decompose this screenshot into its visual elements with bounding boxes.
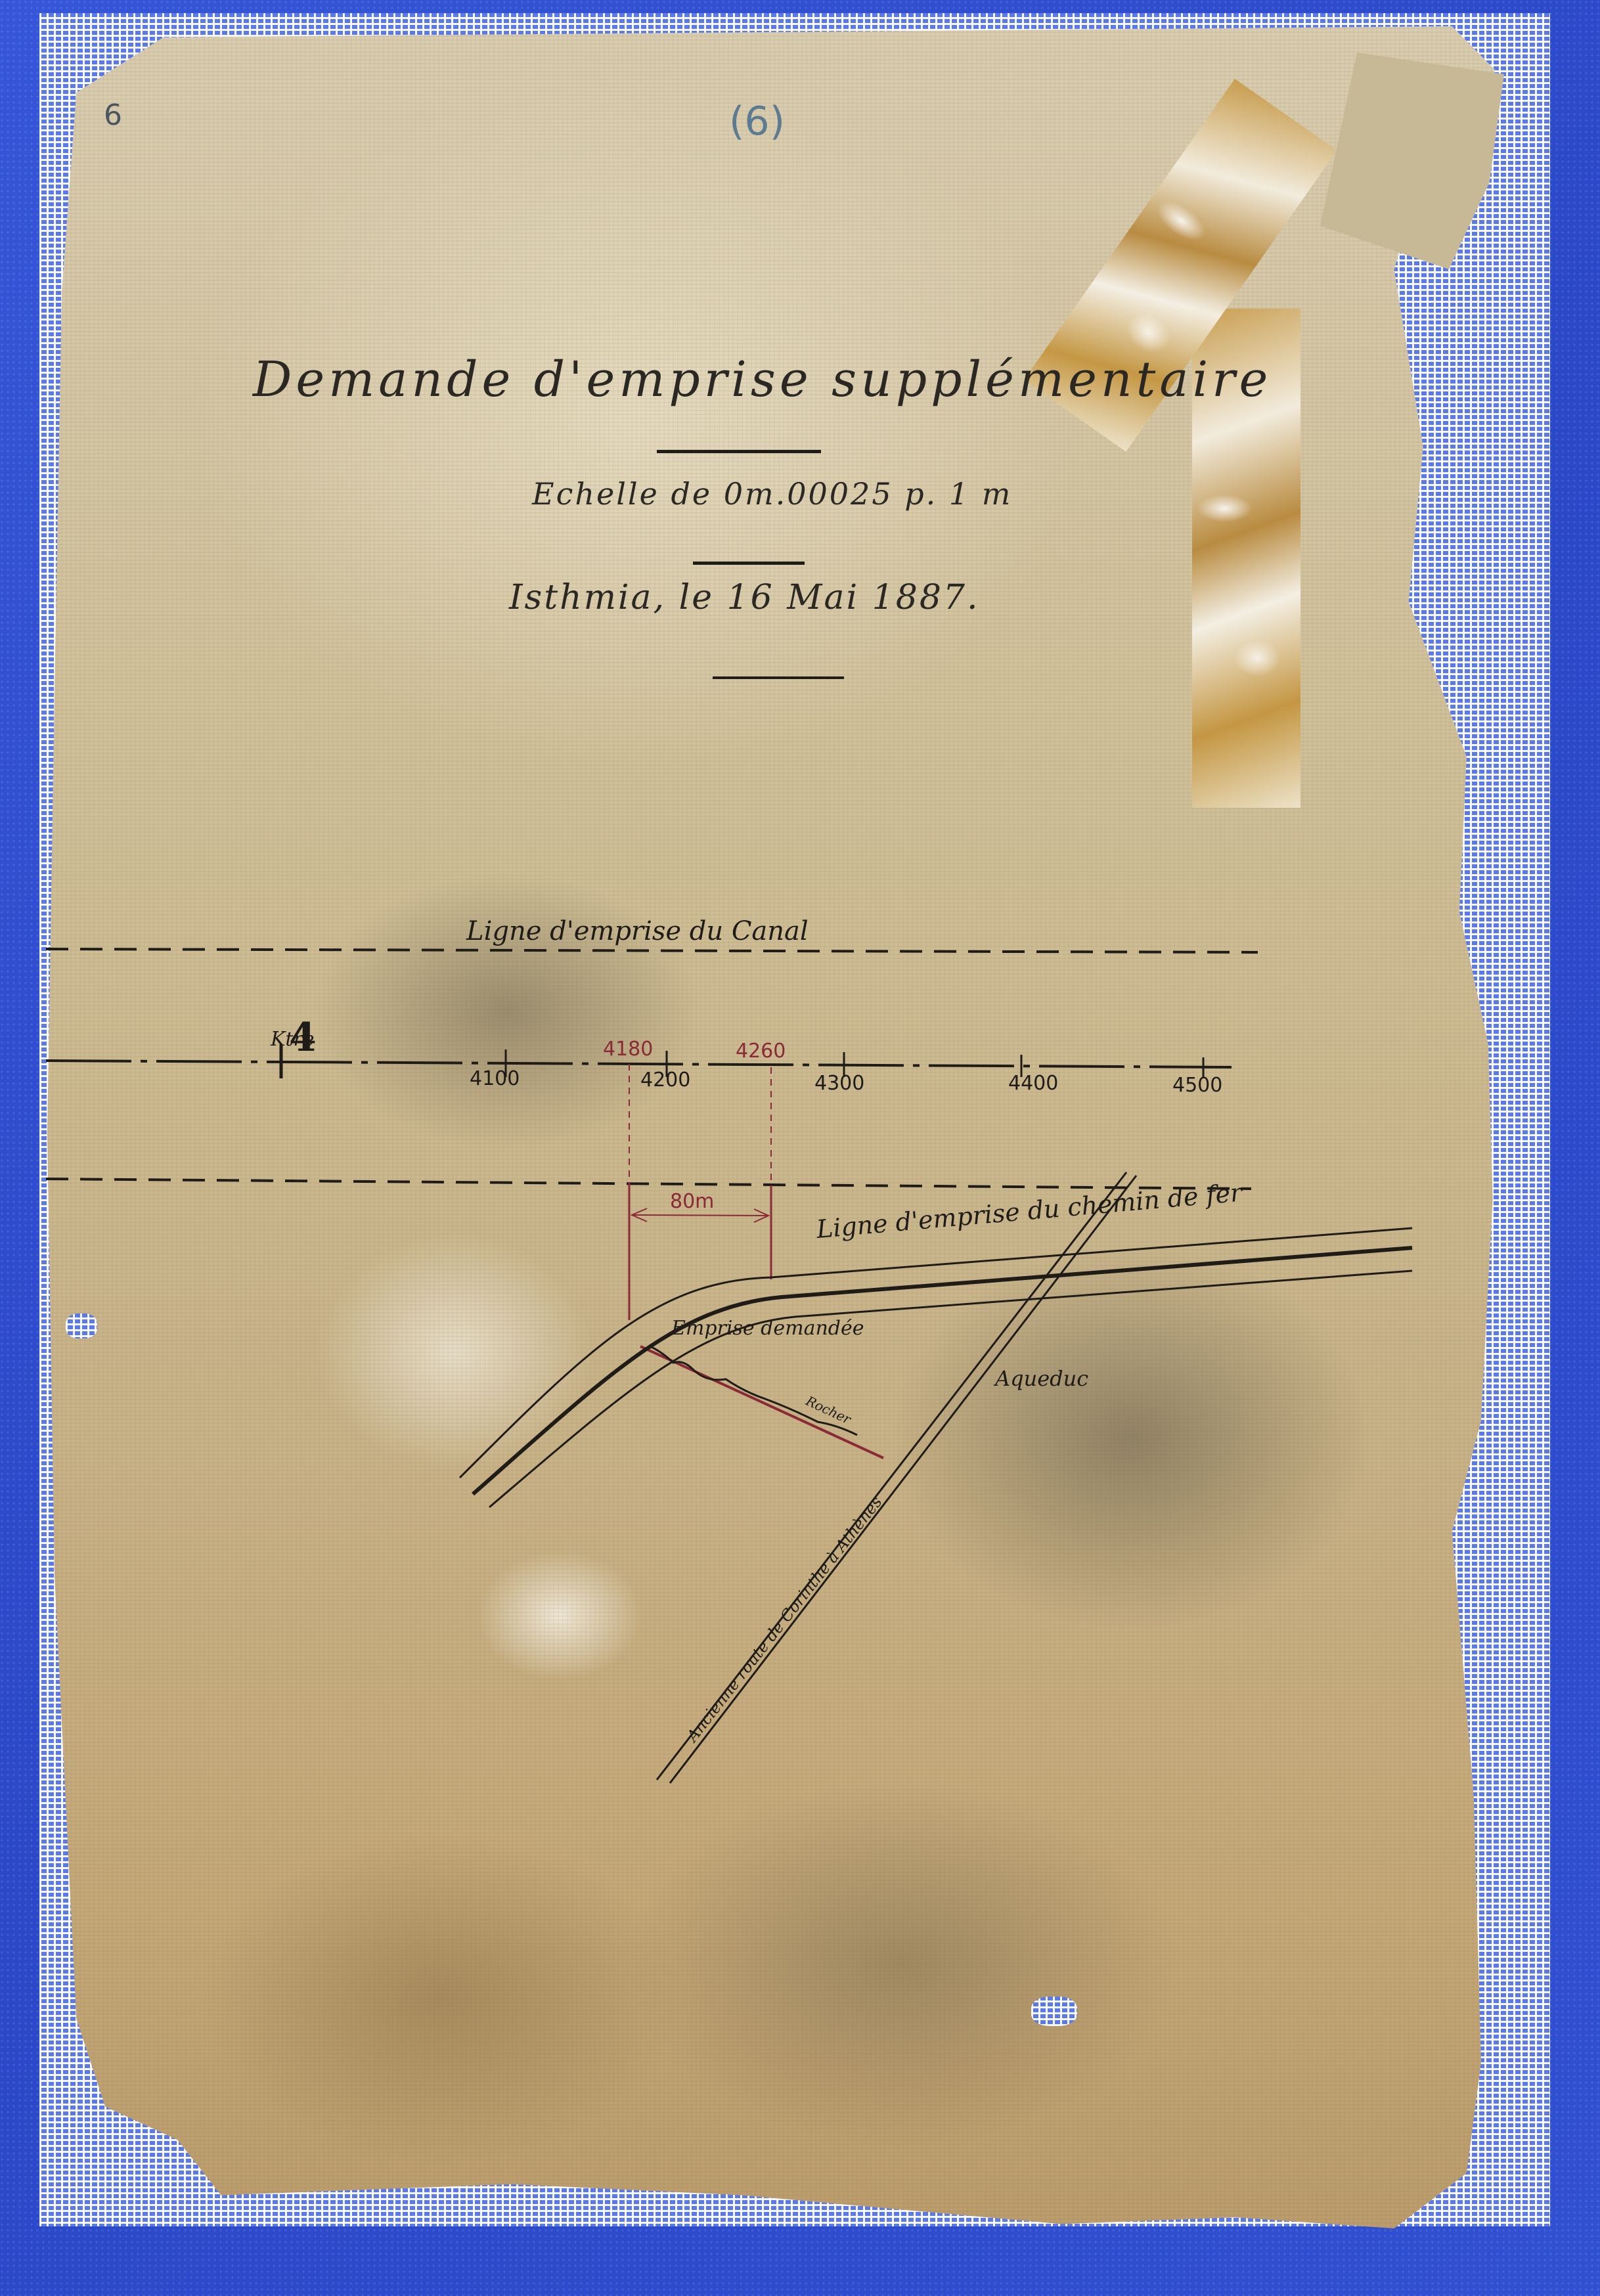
km-number-label: 4 xyxy=(289,1015,317,1061)
requested-area-label: Emprise demandée xyxy=(671,1317,864,1340)
chainage-label-4100: 4100 xyxy=(470,1067,520,1090)
dimension-80m-label: 80m xyxy=(670,1190,714,1213)
hole-bottom xyxy=(1031,1997,1077,2026)
chainage-label-4500: 4500 xyxy=(1172,1074,1222,1097)
chainage-label-4400: 4400 xyxy=(1008,1072,1058,1095)
red-mark-4260: 4260 xyxy=(736,1040,786,1063)
map-linework xyxy=(0,0,1600,2296)
red-mark-4180: 4180 xyxy=(603,1038,653,1061)
chainage-label-4300: 4300 xyxy=(814,1072,864,1095)
aqueduct-label: Aqueduc xyxy=(995,1366,1088,1391)
canal-limit-label: Ligne d'emprise du Canal xyxy=(466,916,809,946)
hole-left xyxy=(66,1314,97,1338)
chainage-label-4200: 4200 xyxy=(640,1069,690,1092)
